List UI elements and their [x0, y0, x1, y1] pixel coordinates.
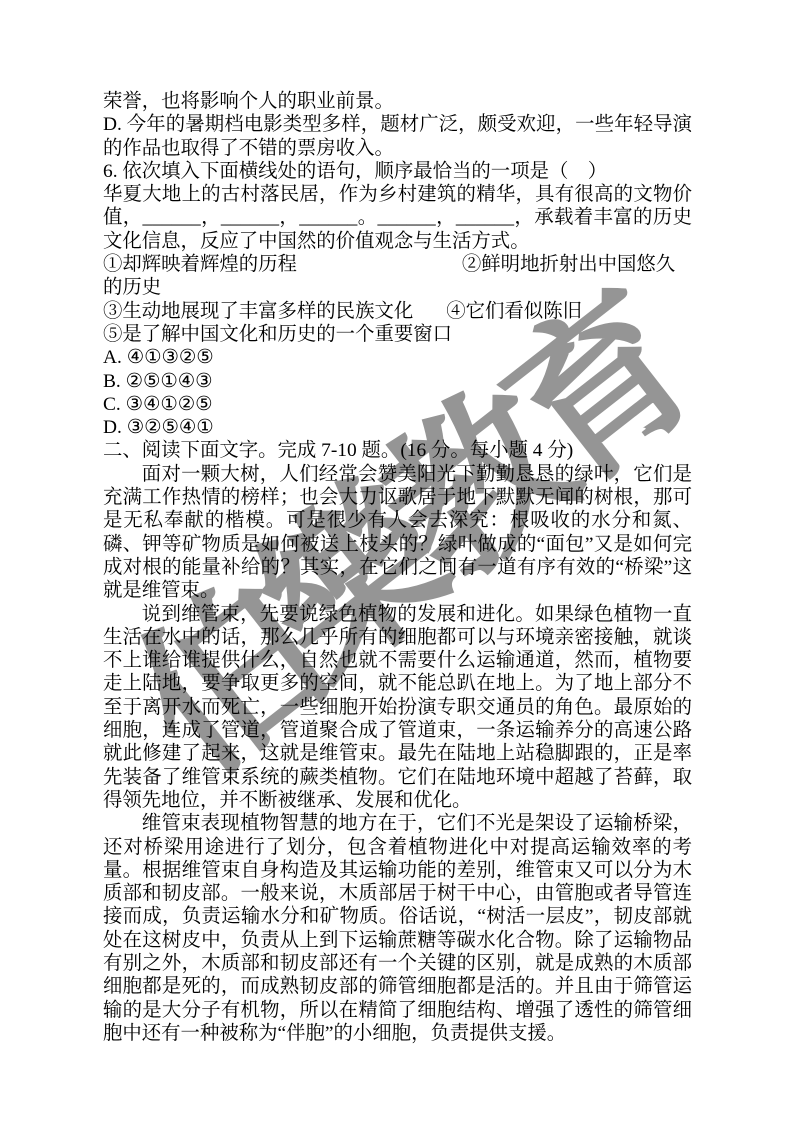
q6-option-a: A. ④①③②⑤ [103, 346, 692, 369]
q6-item-4: ④它们看似陈旧 [446, 301, 582, 322]
passage-paragraph-3: 维管束表现植物智慧的地方在于，它们不光是架设了运输桥梁，还对桥梁用途进行了划分，… [103, 812, 692, 1045]
q6-passage: 华夏大地上的古村落民居，作为乡村建筑的精华，具有很高的文物价值，______，_… [103, 183, 692, 253]
q6-items-row-2: ③生动地展现了丰富多样的民族文化④它们看似陈旧 [103, 300, 692, 323]
q6-item-5: ⑤是了解中国文化和历史的一个重要窗口 [103, 323, 692, 346]
q6-option-c: C. ③④①②⑤ [103, 393, 692, 416]
q5-option-c-continuation: 荣誉，也将影响个人的职业前景。 [103, 90, 692, 113]
passage-paragraph-1: 面对一颗大树，人们经常会赞美阳光下勤勤恳恳的绿叶，它们是充满工作热情的榜样；也会… [103, 463, 692, 603]
q5-option-d: D. 今年的暑期档电影类型多样，题材广泛，颇受欢迎，一些年轻导演的作品也取得了不… [103, 113, 692, 160]
passage-paragraph-2: 说到维管束，先要说绿色植物的发展和进化。如果绿色植物一直生活在水中的话，那么几乎… [103, 603, 692, 813]
section-two-heading: 二、阅读下面文字。完成 7-10 题。(16 分。每小题 4 分) [103, 439, 692, 462]
document-page: 伯樂教育 荣誉，也将影响个人的职业前景。 D. 今年的暑期档电影类型多样，题材广… [0, 0, 794, 1123]
q6-items-row-1: ①却辉映着辉煌的历程②鲜明地折射出中国悠久的历史 [103, 253, 692, 300]
q6-option-b: B. ②⑤①④③ [103, 370, 692, 393]
document-content: 荣誉，也将影响个人的职业前景。 D. 今年的暑期档电影类型多样，题材广泛，颇受欢… [103, 90, 692, 1045]
q6-stem: 6. 依次填入下面横线处的语句，顺序最恰当的一项是（ ） [103, 160, 692, 183]
q6-item-3: ③生动地展现了丰富多样的民族文化 [103, 301, 413, 322]
q6-item-1: ①却辉映着辉煌的历程 [103, 254, 297, 275]
q6-option-d: D. ③②⑤④① [103, 416, 692, 439]
